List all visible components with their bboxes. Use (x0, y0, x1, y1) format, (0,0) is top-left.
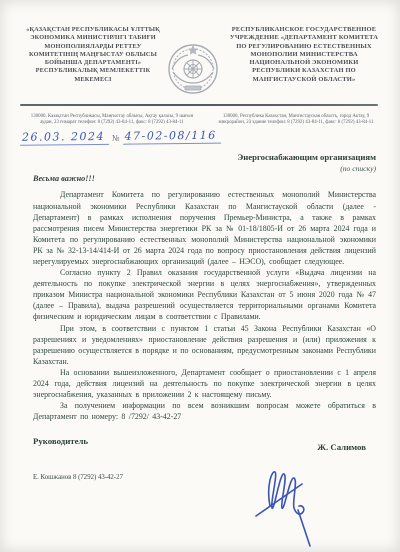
signer-name: Ж. Салимов (317, 442, 366, 452)
kazakhstan-emblem-icon (162, 36, 224, 98)
paragraph-2: Согласно пункту 2 Правил оказания госуда… (33, 267, 376, 322)
letter-page: «ҚАЗАҚСТАН РЕСПУБЛИКАСЫ ҰЛТТЫҚ ЭКОНОМИКА… (0, 0, 400, 552)
paragraph-1: Департамент Комитета по регулированию ес… (33, 189, 376, 267)
paragraph-3: При этом, в соответствии с пунктом 1 ста… (33, 323, 376, 367)
paragraph-5: За получением информации по всем возникш… (33, 400, 376, 422)
letter-body: Департамент Комитета по регулированию ес… (0, 183, 400, 422)
paragraph-4: На основании вышеизложенного, Департамен… (33, 367, 376, 400)
recipient-name: Энергоснабжающим организациям (33, 152, 376, 162)
registration-number: 47-02-08/116 (123, 129, 221, 145)
letterhead: «ҚАЗАҚСТАН РЕСПУБЛИКАСЫ ҰЛТТЫҚ ЭКОНОМИКА… (0, 0, 400, 98)
org-name-kazakh: «ҚАЗАҚСТАН РЕСПУБЛИКАСЫ ҰЛТТЫҚ ЭКОНОМИКА… (26, 26, 160, 84)
registration-line: 26.03. 2024 № 47-02-08/116 (0, 122, 400, 146)
signature-row: Руководитель Ж. Салимов (0, 422, 400, 452)
number-sign: № (109, 134, 123, 145)
recipient-note: (по списку) (33, 164, 376, 173)
signer-position: Руководитель (33, 436, 88, 446)
org-name-russian: РЕСПУБЛИКАНСКОЕ ГОСУДАРСТВЕННОЕ УЧРЕЖДЕН… (226, 26, 382, 84)
executor-line: Е. Кошжанов 8 (7292) 43-42-27 (0, 452, 400, 481)
importance-note: Весьма важно!!! (0, 173, 400, 183)
registration-date: 26.03. 2024 (20, 130, 109, 146)
recipient-block: Энергоснабжающим организациям (по списку… (0, 146, 400, 173)
